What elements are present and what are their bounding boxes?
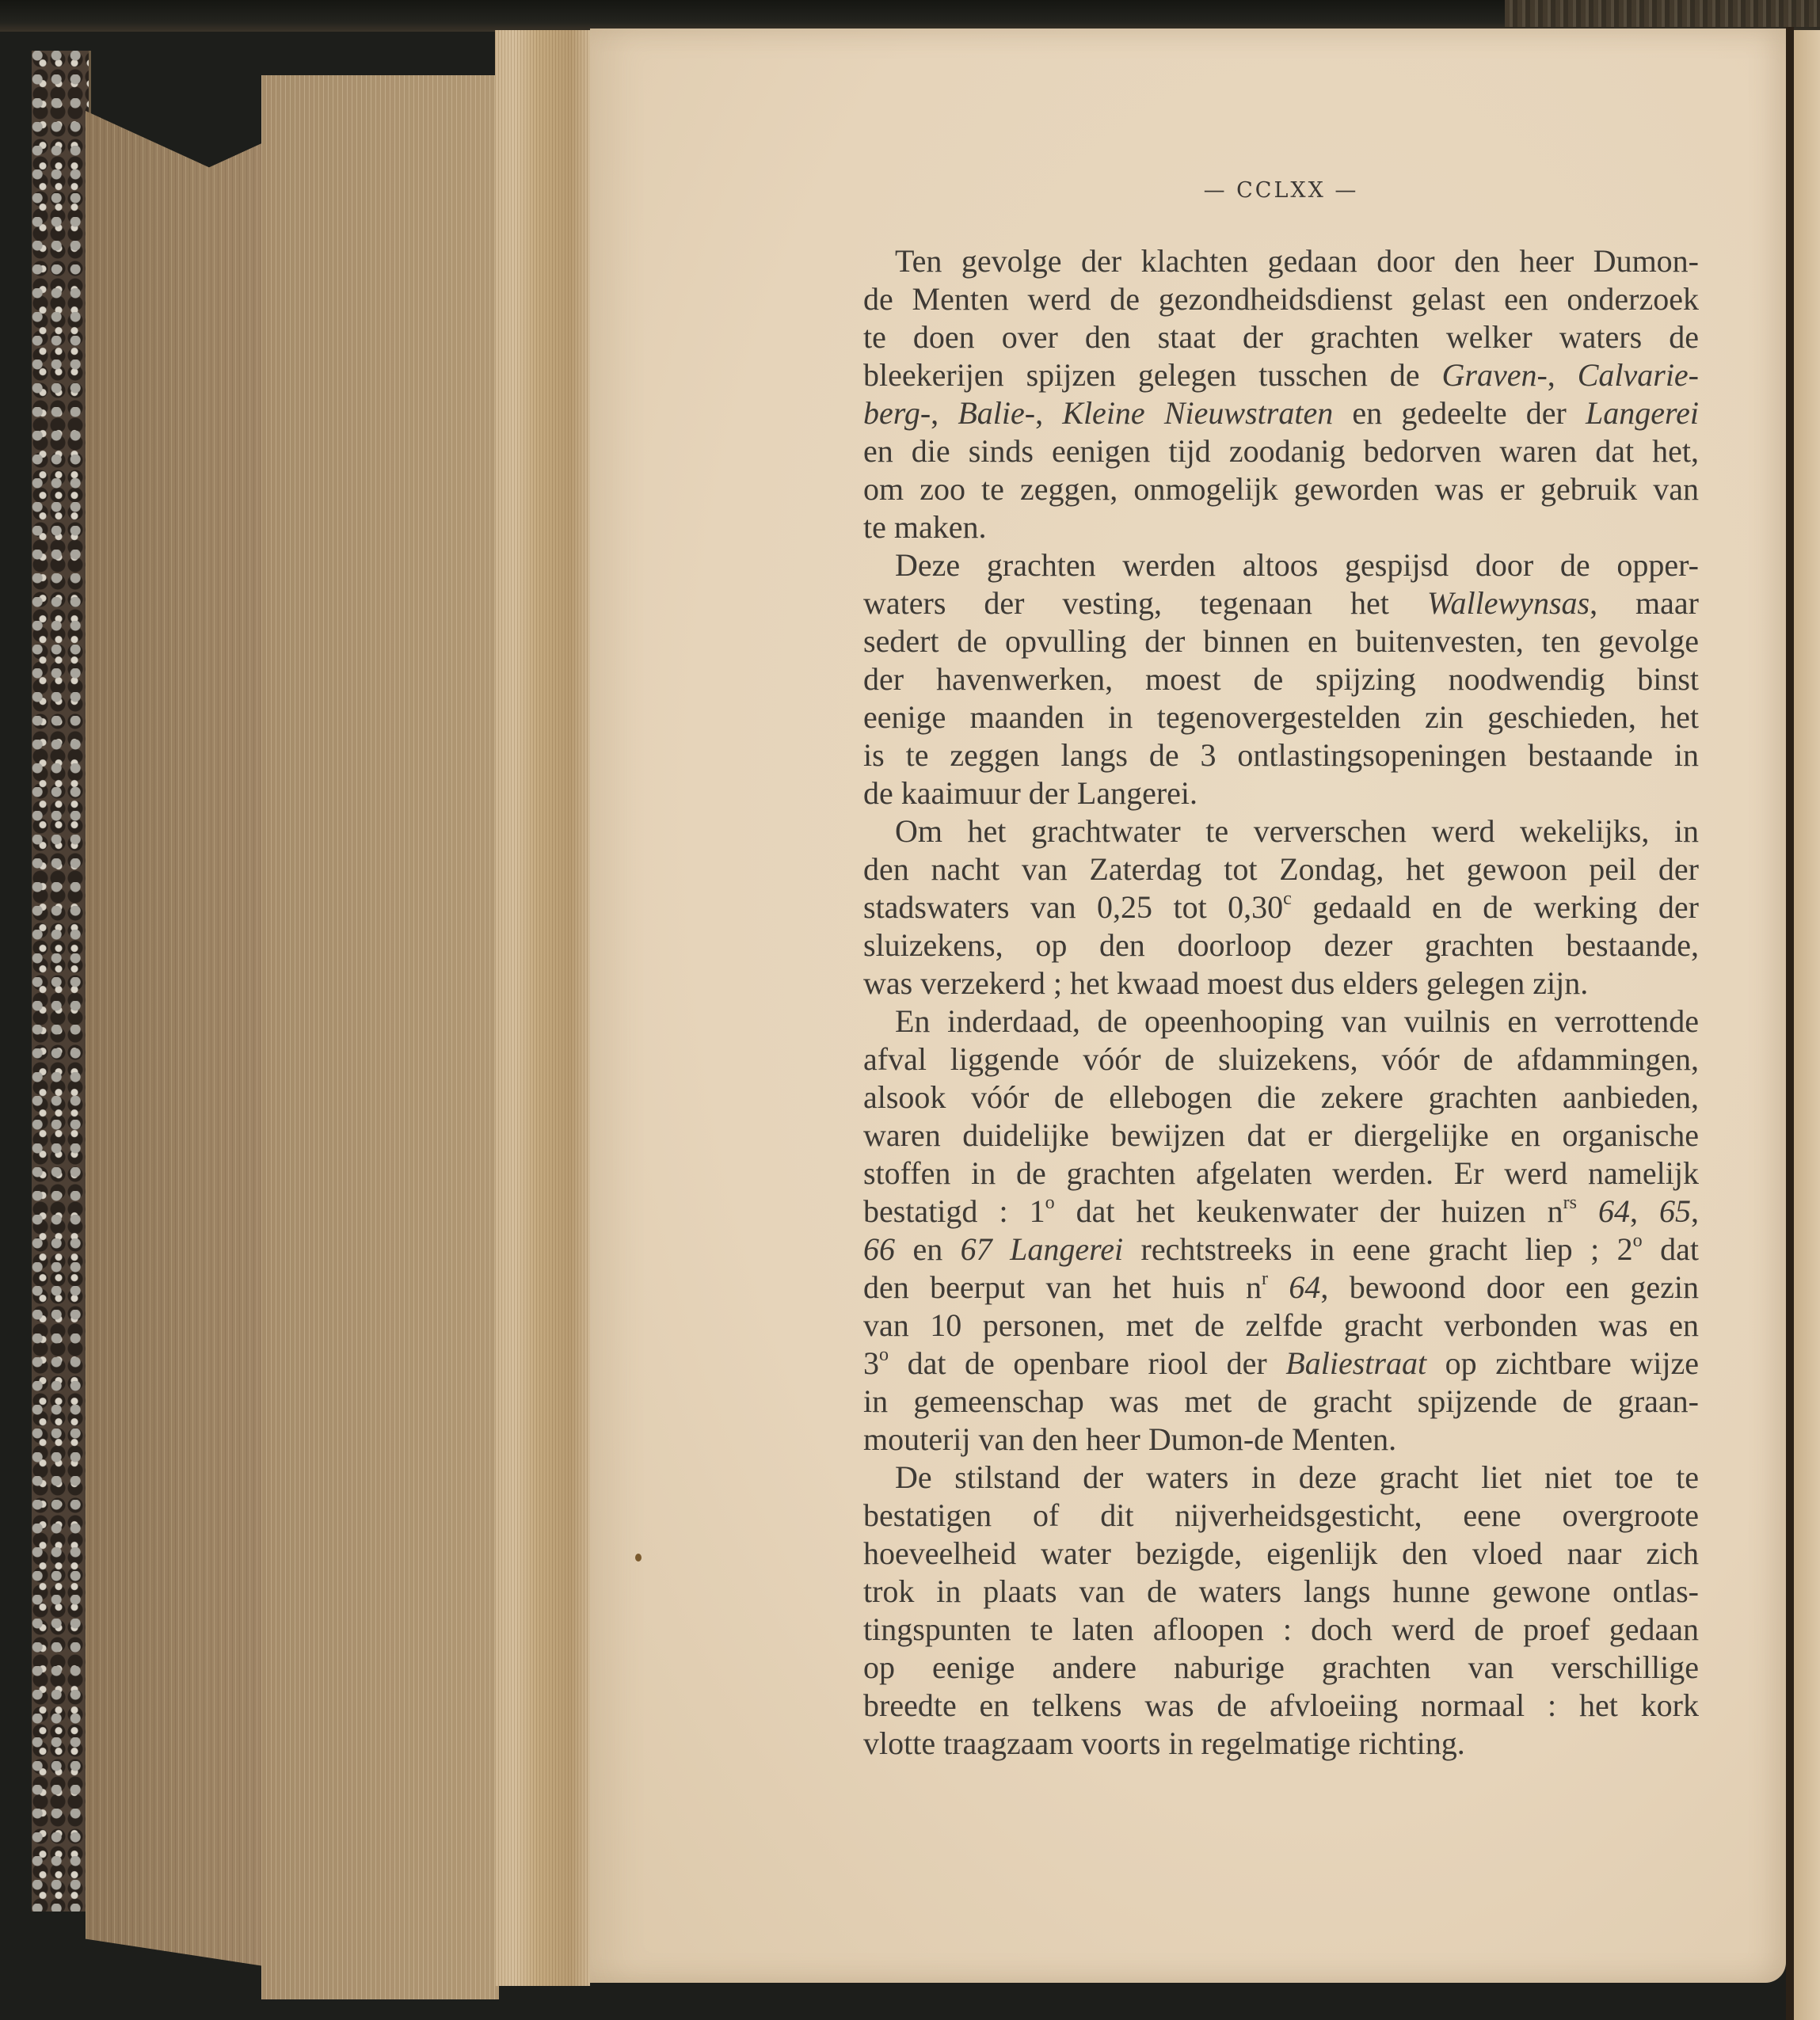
page-number-header: — CCLXX — <box>863 178 1699 203</box>
paragraph-5: De stilstand der waters in deze gracht l… <box>863 1459 1699 1763</box>
paragraph-3: Om het grachtwater te ververschen werd w… <box>863 812 1699 1002</box>
page-stack-inner <box>495 30 590 1986</box>
paragraph-4: En inderdaad, de opeenhooping van vuilni… <box>863 1002 1699 1459</box>
text-line: hoeveelheid water bezigde, eigenlijk den… <box>863 1535 1699 1573</box>
body-text: Ten gevolge der klachten gedaan door den… <box>863 242 1699 1763</box>
text-line: En inderdaad, de opeenhooping van vuilni… <box>863 1002 1699 1040</box>
text-line: waren duidelijke bewijzen dat er diergel… <box>863 1117 1699 1155</box>
italic-text: 64 <box>1289 1269 1320 1305</box>
paragraph-1: Ten gevolge der klachten gedaan door den… <box>863 242 1699 546</box>
text-line: De stilstand der waters in deze gracht l… <box>863 1459 1699 1497</box>
text-line: van 10 personen, met de zelfde gracht ve… <box>863 1307 1699 1345</box>
paper-speck <box>635 1554 642 1562</box>
text-line: stoffen in de grachten afgelaten werden.… <box>863 1155 1699 1193</box>
text-line: berg-, Balie-, Kleine Nieuwstraten en ge… <box>863 394 1699 432</box>
text-line: 66 en 67 Langerei rechtstreeks in eene g… <box>863 1231 1699 1269</box>
text-line: sluizekens, op den doorloop dezer gracht… <box>863 926 1699 964</box>
italic-text: Langerei <box>1586 395 1699 431</box>
italic-text: berg- <box>863 395 931 431</box>
text-line: 3o dat de openbare riool der Baliestraat… <box>863 1345 1699 1383</box>
text-line: op eenige andere naburige grachten van v… <box>863 1649 1699 1687</box>
text-line: den nacht van Zaterdag tot Zondag, het g… <box>863 850 1699 888</box>
page-stack-step <box>261 75 499 1999</box>
superscript: o <box>879 1345 889 1365</box>
text-line: den beerput van het huis nr 64, bewoond … <box>863 1269 1699 1307</box>
superscript: c <box>1283 888 1292 909</box>
text-line: waters der vesting, tegenaan het Wallewy… <box>863 584 1699 622</box>
italic-text: Balie- <box>958 395 1035 431</box>
page-gutter-right <box>1786 27 1794 2020</box>
italic-text: 65 <box>1659 1193 1691 1229</box>
text-line: de kaaimuur der Langerei. <box>863 774 1699 812</box>
text-line: en die sinds eenigen tijd zoodanig bedor… <box>863 432 1699 470</box>
text-line: is te zeggen langs de 3 ontlastingsopeni… <box>863 736 1699 774</box>
text-line: bestatigen of dit nijverheidsgesticht, e… <box>863 1497 1699 1535</box>
text-line: te doen over den staat der grachten welk… <box>863 318 1699 356</box>
italic-text: Calvarie- <box>1578 357 1699 393</box>
italic-text: 66 <box>863 1231 895 1267</box>
text-line: Ten gevolge der klachten gedaan door den… <box>863 242 1699 280</box>
italic-text: Langerei <box>1010 1231 1123 1267</box>
text-line: alsook vóór de ellebogen die zekere grac… <box>863 1078 1699 1117</box>
text-line: was verzekerd ; het kwaad moest dus elde… <box>863 964 1699 1002</box>
text-line: in gemeenschap was met de gracht spijzen… <box>863 1383 1699 1421</box>
text-line: vlotte traagzaam voorts in regelmatige r… <box>863 1725 1699 1763</box>
text-line: Deze grachten werden altoos gespijsd doo… <box>863 546 1699 584</box>
superscript: o <box>1045 1193 1055 1213</box>
text-line: Om het grachtwater te ververschen werd w… <box>863 812 1699 850</box>
italic-text: Baliestraat <box>1285 1345 1426 1381</box>
superscript: rs <box>1563 1193 1577 1213</box>
superscript: o <box>1633 1231 1643 1251</box>
next-page-edge <box>1794 30 1820 2020</box>
text-line: de Menten werd de gezondheidsdienst gela… <box>863 280 1699 318</box>
italic-text: Kleine Nieuwstraten <box>1062 395 1333 431</box>
text-line: afval liggende vóór de sluizekens, vóór … <box>863 1040 1699 1078</box>
text-line: om zoo te zeggen, onmogelijk geworden wa… <box>863 470 1699 508</box>
text-line: te maken. <box>863 508 1699 546</box>
marbled-cover-edge <box>32 51 91 1912</box>
italic-text: 67 <box>961 1231 992 1267</box>
text-line: eenige maanden in tegenovergestelden zin… <box>863 698 1699 736</box>
text-line: bleekerijen spijzen gelegen tusschen de … <box>863 356 1699 394</box>
superscript: r <box>1262 1269 1268 1289</box>
text-line: tingspunten te laten afloopen : doch wer… <box>863 1611 1699 1649</box>
text-line: der havenwerken, moest de spijzing noodw… <box>863 660 1699 698</box>
italic-text: 64 <box>1598 1193 1630 1229</box>
text-line: mouterij van den heer Dumon-de Menten. <box>863 1421 1699 1459</box>
paragraph-2: Deze grachten werden altoos gespijsd doo… <box>863 546 1699 812</box>
text-line: bestatigd : 1o dat het keukenwater der h… <box>863 1193 1699 1231</box>
text-line: stadswaters van 0,25 tot 0,30c gedaald e… <box>863 888 1699 926</box>
text-line: breedte en telkens was de afvloeiing nor… <box>863 1687 1699 1725</box>
text-line: trok in plaats van de waters langs hunne… <box>863 1573 1699 1611</box>
italic-text: Graven- <box>1441 357 1547 393</box>
book-spine-edge <box>1505 0 1820 27</box>
italic-text: Wallewynsas <box>1427 585 1590 621</box>
text-line: sedert de opvulling der binnen en buiten… <box>863 622 1699 660</box>
